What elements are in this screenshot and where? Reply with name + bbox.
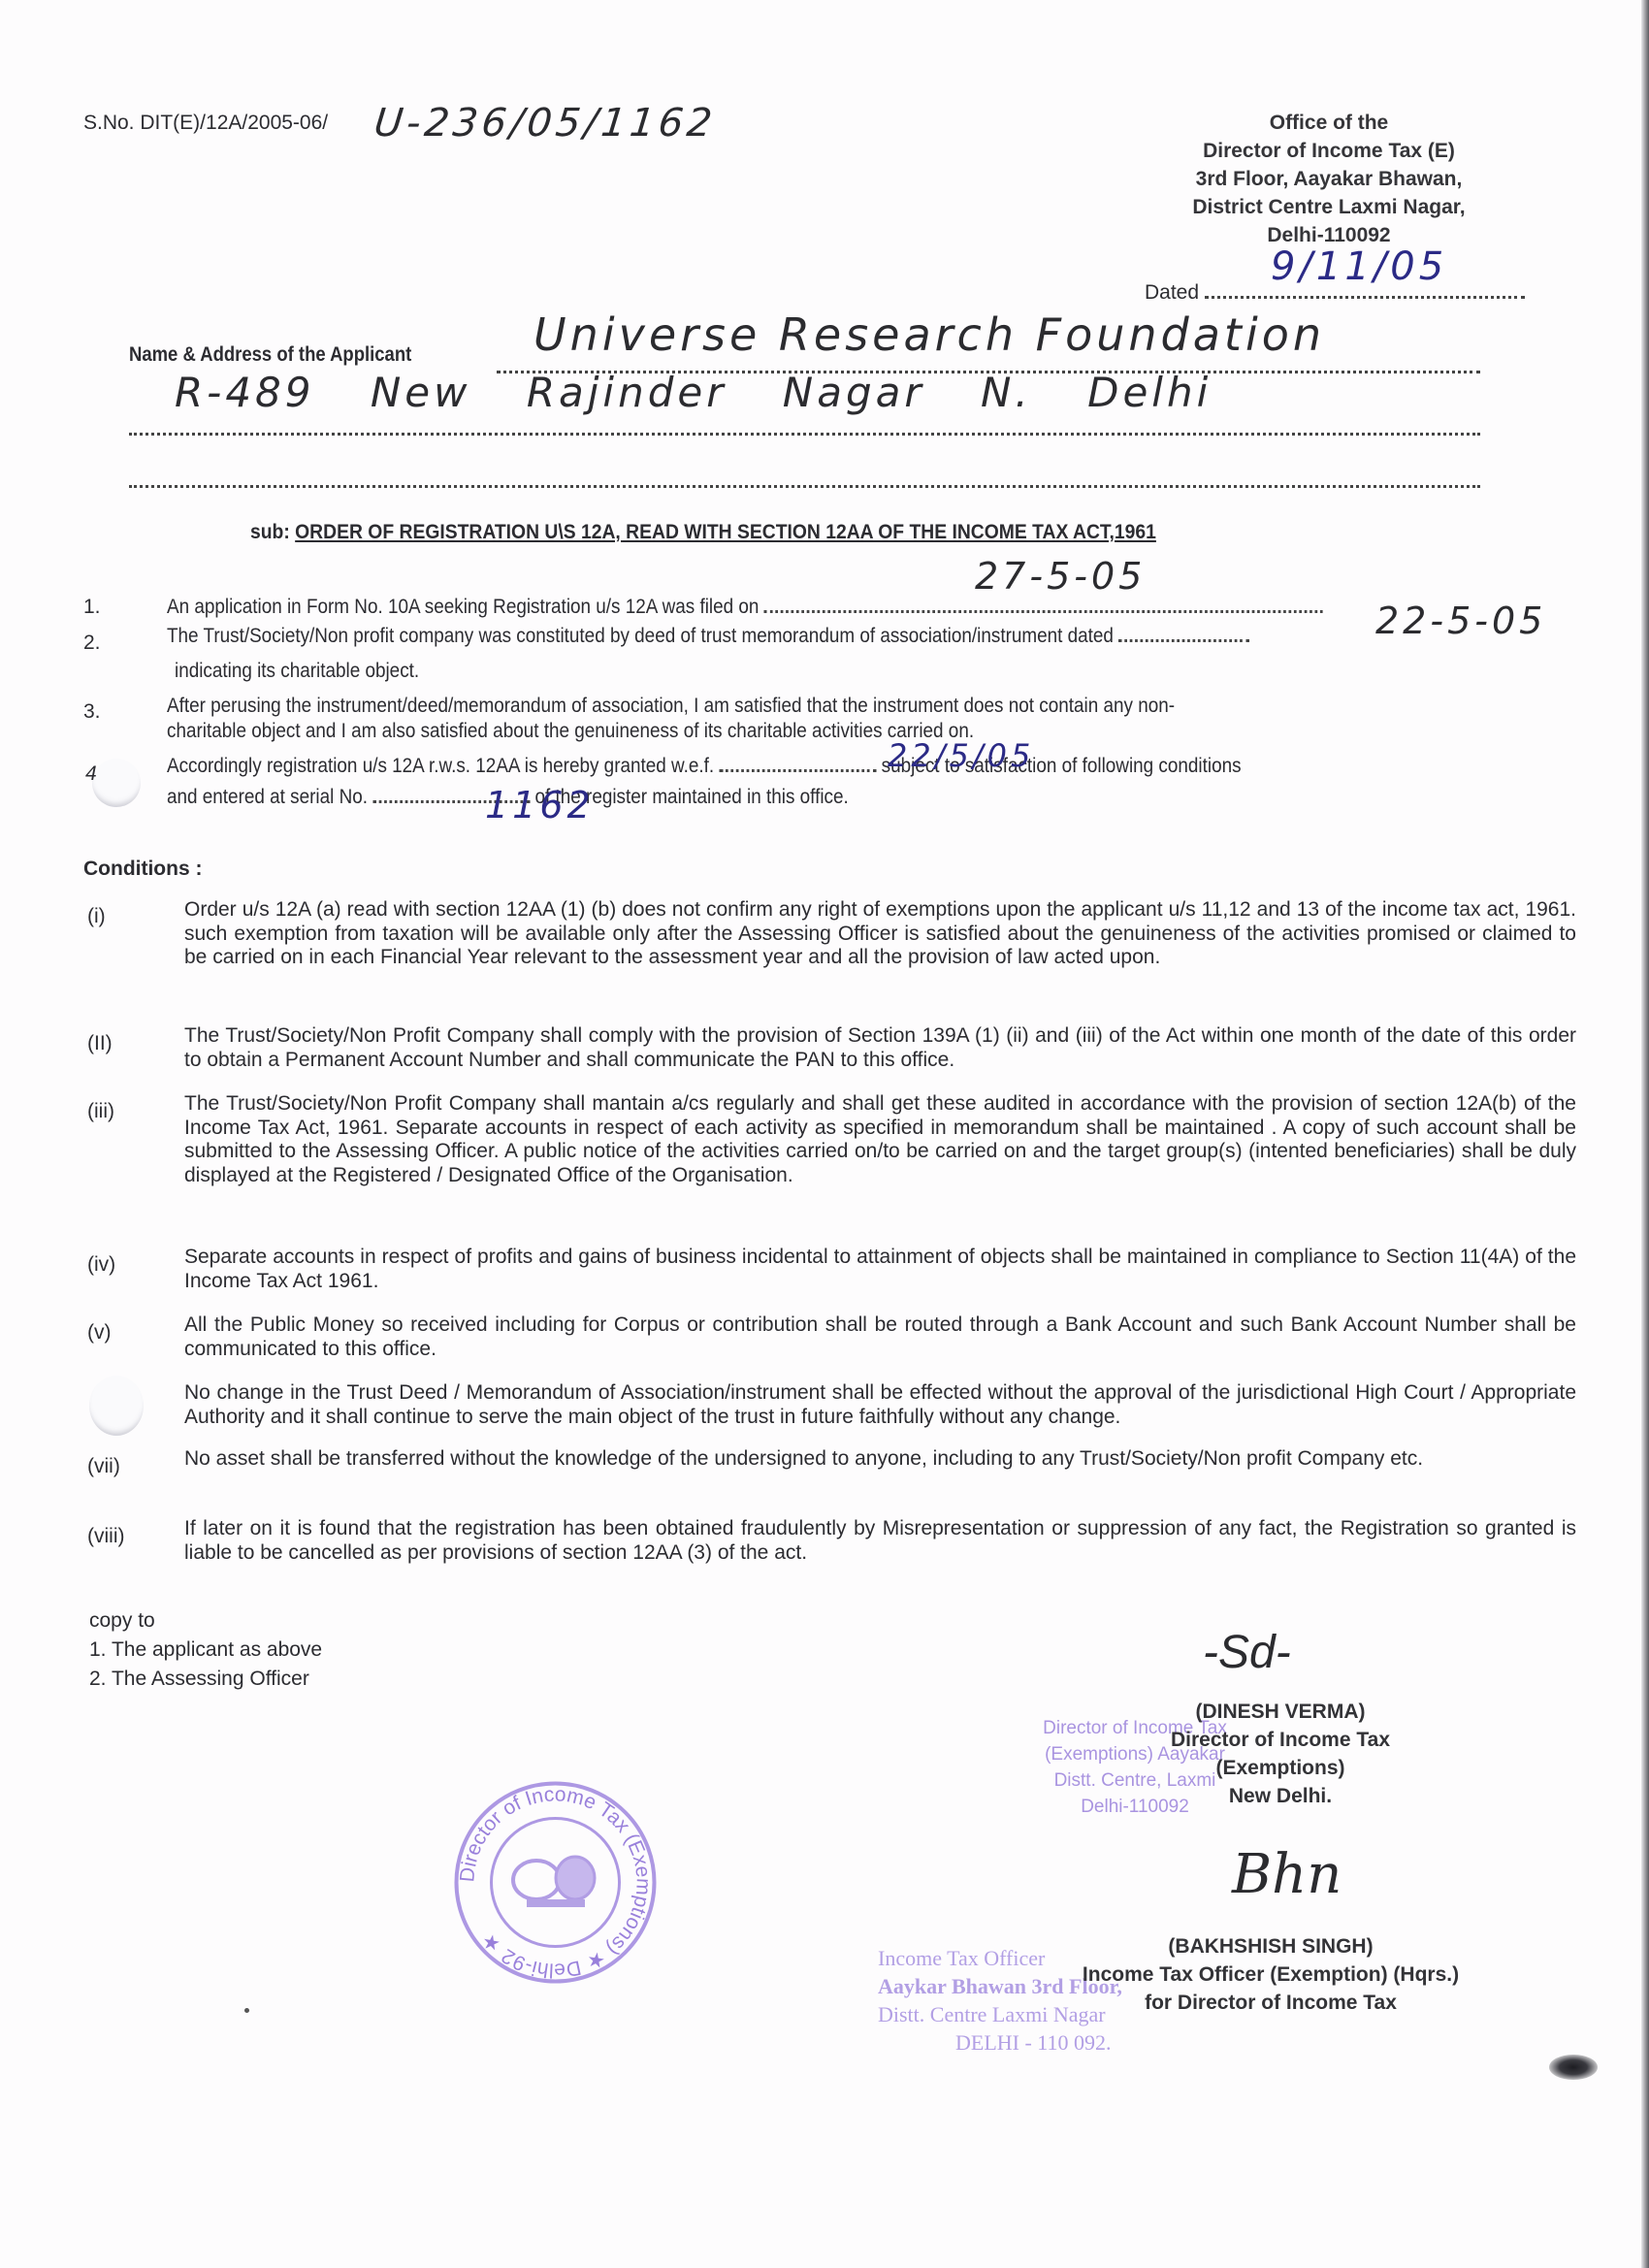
dated-label: Dated — [1145, 281, 1199, 304]
condition-text: All the Public Money so received includi… — [184, 1313, 1576, 1361]
dotted-line — [764, 599, 1323, 613]
point-text: The Trust/Society/Non profit company was… — [167, 625, 1249, 648]
point-number: 2. — [83, 632, 101, 655]
dotted-line — [719, 758, 876, 772]
office-line: Director of Income Tax (E) — [1145, 137, 1513, 165]
round-seal-stamp: Director of Income Tax (Exemptions) ★ De… — [451, 1778, 660, 1987]
subject-prefix: sub: — [250, 521, 290, 543]
deed-date: 22-5-05 — [1375, 599, 1546, 642]
office-line: District Centre Laxmi Nagar, — [1145, 193, 1513, 221]
signatory-location: New Delhi. — [1096, 1782, 1465, 1810]
applicant-name: Universe Research Foundation — [533, 308, 1325, 361]
point-3-text: After perusing the instrument/deed/memor… — [167, 695, 1175, 718]
punch-hole — [89, 1376, 144, 1436]
filing-date: 27-5-05 — [975, 555, 1146, 598]
signature-handwritten: Bhn — [1232, 1843, 1342, 1906]
signatory-director-block: (DINESH VERMA) Director of Income Tax (E… — [1096, 1698, 1465, 1810]
condition-number: (iii) — [87, 1100, 114, 1123]
condition-number: (viii) — [87, 1525, 124, 1548]
subject-title: ORDER OF REGISTRATION U\S 12A, READ WITH… — [295, 521, 1156, 543]
condition-number: (iv) — [87, 1253, 115, 1277]
point-2-continuation: indicating its charitable object. — [175, 660, 419, 683]
signatory-title: Director of Income Tax — [1096, 1726, 1465, 1754]
subject-line: sub: ORDER OF REGISTRATION U\S 12A, READ… — [250, 521, 1156, 544]
ink-smudge — [1549, 2055, 1598, 2080]
condition-number: (vii) — [87, 1455, 120, 1478]
condition-number: (II) — [87, 1032, 113, 1055]
point-number: 4 — [85, 762, 97, 786]
punch-hole — [92, 759, 141, 807]
condition-text: No change in the Trust Deed / Memorandum… — [184, 1381, 1576, 1429]
office-line: Office of the — [1145, 109, 1513, 137]
condition-text: The Trust/Society/Non Profit Company sha… — [184, 1092, 1576, 1187]
stamp-line: DELHI - 110 092. — [878, 2028, 1285, 2057]
scanned-document-page: S.No. DIT(E)/12A/2005-06/ U-236/05/1162 … — [0, 0, 1649, 2268]
registration-effective-date: 22/5/05 — [888, 737, 1034, 774]
point-number: 3. — [83, 700, 101, 724]
point-text: An application in Form No. 10A seeking R… — [167, 596, 1323, 619]
point-4-text: Accordingly registration u/s 12A r.w.s. … — [167, 755, 714, 777]
conditions-heading: Conditions : — [83, 858, 202, 881]
copy-to-heading: copy to — [89, 1606, 322, 1636]
applicant-label: Name & Address of the Applicant — [129, 343, 411, 367]
copy-to-item: 1. The applicant as above — [89, 1636, 322, 1665]
signatory-title: for Director of Income Tax — [1038, 1989, 1503, 2017]
point-1-text: An application in Form No. 10A seeking R… — [167, 596, 759, 618]
condition-text: The Trust/Society/Non Profit Company sha… — [184, 1024, 1576, 1072]
signatory-ito-block: (BAKHSHISH SINGH) Income Tax Officer (Ex… — [1038, 1932, 1503, 2017]
point-2-text: The Trust/Society/Non profit company was… — [167, 625, 1114, 647]
condition-number: (i) — [87, 905, 106, 928]
speck — [244, 2008, 249, 2013]
signatory-name: (BAKHSHISH SINGH) — [1038, 1932, 1503, 1960]
serial-number-label: S.No. DIT(E)/12A/2005-06/ — [83, 112, 328, 135]
office-line: 3rd Floor, Aayakar Bhawan, — [1145, 165, 1513, 193]
signatory-title: (Exemptions) — [1096, 1754, 1465, 1782]
signature-sd: -Sd- — [1203, 1626, 1291, 1679]
point-3-continuation: charitable object and I am also satisfie… — [167, 720, 974, 743]
serial-number-handwritten: U-236/05/1162 — [372, 101, 719, 146]
scan-edge — [1641, 0, 1649, 2268]
state-emblem-icon — [513, 1857, 595, 1907]
point-text: Accordingly registration u/s 12A r.w.s. … — [167, 755, 1242, 778]
copy-to-block: copy to 1. The applicant as above 2. The… — [89, 1606, 322, 1694]
register-serial-number: 1162 — [485, 784, 595, 826]
signatory-title: Income Tax Officer (Exemption) (Hqrs.) — [1038, 1960, 1503, 1989]
point-4-continuation: and entered at serial No. — [167, 786, 368, 808]
condition-text: If later on it is found that the registr… — [184, 1517, 1576, 1565]
condition-text: No asset shall be transferred without th… — [184, 1447, 1576, 1472]
condition-text: Order u/s 12A (a) read with section 12AA… — [184, 898, 1576, 970]
copy-to-item: 2. The Assessing Officer — [89, 1665, 322, 1694]
dotted-line — [129, 473, 1480, 488]
dotted-line — [129, 421, 1480, 436]
dated-value: 9/11/05 — [1271, 244, 1447, 289]
signatory-name: (DINESH VERMA) — [1096, 1698, 1465, 1726]
condition-text: Separate accounts in respect of profits … — [184, 1246, 1576, 1293]
applicant-address: R-489 New Rajinder Nagar N. Delhi — [175, 369, 1212, 416]
dotted-line — [1118, 628, 1249, 642]
condition-number: (v) — [87, 1321, 112, 1345]
point-number: 1. — [83, 596, 101, 619]
office-address-block: Office of the Director of Income Tax (E)… — [1145, 109, 1513, 249]
